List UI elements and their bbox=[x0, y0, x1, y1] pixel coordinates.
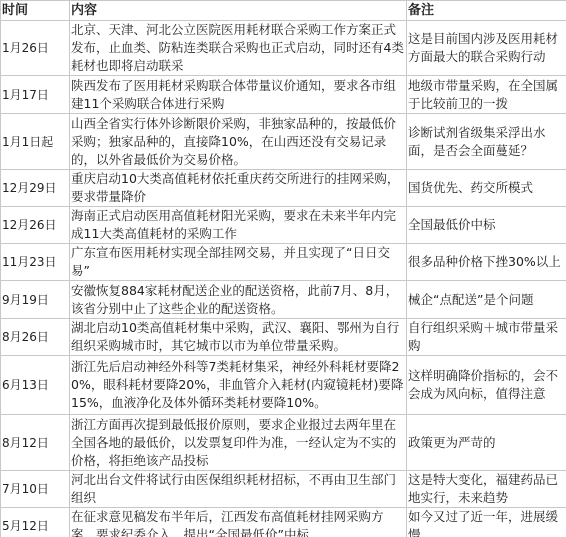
date-cell: 11月23日 bbox=[1, 244, 70, 281]
table-row: 1月17日陕西发布了医用耗材采购联合体带量议价通知，要求各市组建11个采购联合体… bbox=[1, 76, 566, 114]
table-row: 8月26日湖北启动10类高值耗材集中采购，武汉、襄阳、鄂州为自行组织采购城市时，… bbox=[1, 319, 566, 356]
header-content: 内容 bbox=[70, 1, 407, 21]
date-cell: 7月10日 bbox=[1, 471, 70, 508]
content-cell: 重庆启动10大类高值耗材依托重庆药交所进行的挂网采购，要求带量降价 bbox=[70, 170, 407, 207]
note-cell: 全国最低价中标 bbox=[407, 207, 566, 244]
header-note: 备注 bbox=[407, 1, 566, 21]
table-row: 12月26日海南正式启动医用高值耗材阳光采购，要求在未来半年内完成11大类高值耗… bbox=[1, 207, 566, 244]
note-cell: 政策更为严苛的 bbox=[407, 415, 566, 471]
content-cell: 浙江先后启动神经外科等7类耗材集采，神经外科耗材要降20%，眼科耗材要降20%，… bbox=[70, 356, 407, 415]
table-row: 6月13日浙江先后启动神经外科等7类耗材集采，神经外科耗材要降20%，眼科耗材要… bbox=[1, 356, 566, 415]
date-cell: 12月29日 bbox=[1, 170, 70, 207]
note-cell: 这样明确降价指标的，会不会成为风向标，值得注意 bbox=[407, 356, 566, 415]
table-row: 1月1日起山西全省实行体外诊断限价采购，非独家品种的，按最低价采购；独家品种的，… bbox=[1, 114, 566, 170]
content-cell: 北京、天津、河北公立医院医用耗材联合采购工作方案正式发布，止血类、防粘连类联合采… bbox=[70, 21, 407, 76]
date-cell: 8月26日 bbox=[1, 319, 70, 356]
content-cell: 海南正式启动医用高值耗材阳光采购，要求在未来半年内完成11大类高值耗材的采购工作 bbox=[70, 207, 407, 244]
date-cell: 6月13日 bbox=[1, 356, 70, 415]
note-cell: 地级市带量采购，在全国属于比较前卫的一拨 bbox=[407, 76, 566, 114]
date-cell: 1月1日起 bbox=[1, 114, 70, 170]
note-cell: 这是目前国内涉及医用耗材方面最大的联合采购行动 bbox=[407, 21, 566, 76]
content-cell: 陕西发布了医用耗材采购联合体带量议价通知，要求各市组建11个采购联合体进行采购 bbox=[70, 76, 407, 114]
policy-timeline-table: 时间 内容 备注 1月26日北京、天津、河北公立医院医用耗材联合采购工作方案正式… bbox=[0, 0, 566, 537]
header-time: 时间 bbox=[1, 1, 70, 21]
content-cell: 浙江方面再次提到最低报价原则，要求企业报过去两年里在全国各地的最低价，以发票复印… bbox=[70, 415, 407, 471]
note-cell: 国货优先、药交所模式 bbox=[407, 170, 566, 207]
table-row: 1月26日北京、天津、河北公立医院医用耗材联合采购工作方案正式发布，止血类、防粘… bbox=[1, 21, 566, 76]
content-cell: 在征求意见稿发布半年后，江西发布高值耗材挂网采购方案，要求纪委介入，提出“全国最… bbox=[70, 508, 407, 537]
table-row: 7月10日河北出台文件将试行由医保组织耗材招标，不再由卫生部门组织这是特大变化，… bbox=[1, 471, 566, 508]
date-cell: 1月17日 bbox=[1, 76, 70, 114]
note-cell: 很多品种价格下挫30%以上 bbox=[407, 244, 566, 281]
date-cell: 5月12日 bbox=[1, 508, 70, 537]
note-cell: 自行组织采购＋城市带量采购 bbox=[407, 319, 566, 356]
header-row: 时间 内容 备注 bbox=[1, 1, 566, 21]
note-cell: 如今又过了近一年，进展缓慢 bbox=[407, 508, 566, 537]
table-row: 8月12日浙江方面再次提到最低报价原则，要求企业报过去两年里在全国各地的最低价，… bbox=[1, 415, 566, 471]
content-cell: 河北出台文件将试行由医保组织耗材招标，不再由卫生部门组织 bbox=[70, 471, 407, 508]
content-cell: 湖北启动10类高值耗材集中采购，武汉、襄阳、鄂州为自行组织采购城市时，其它城市以… bbox=[70, 319, 407, 356]
table-row: 12月29日重庆启动10大类高值耗材依托重庆药交所进行的挂网采购，要求带量降价国… bbox=[1, 170, 566, 207]
content-cell: 山西全省实行体外诊断限价采购，非独家品种的，按最低价采购；独家品种的，直接降10… bbox=[70, 114, 407, 170]
note-cell: 这是特大变化，福建药品已地实行，未来趋势 bbox=[407, 471, 566, 508]
table-row: 9月19日安徽恢复884家耗材配送企业的配送资格，此前7月、8月，该省分别中止了… bbox=[1, 281, 566, 319]
note-cell: 械企“点配送”是个问题 bbox=[407, 281, 566, 319]
content-cell: 安徽恢复884家耗材配送企业的配送资格，此前7月、8月，该省分别中止了这些企业的… bbox=[70, 281, 407, 319]
date-cell: 9月19日 bbox=[1, 281, 70, 319]
date-cell: 8月12日 bbox=[1, 415, 70, 471]
date-cell: 1月26日 bbox=[1, 21, 70, 76]
table-row: 5月12日在征求意见稿发布半年后，江西发布高值耗材挂网采购方案，要求纪委介入，提… bbox=[1, 508, 566, 537]
note-cell: 诊断试剂省级集采浮出水面，是否会全面蔓延？ bbox=[407, 114, 566, 170]
table-row: 11月23日广东宣布医用耗材实现全部挂网交易，并且实现了“日日交易”很多品种价格… bbox=[1, 244, 566, 281]
date-cell: 12月26日 bbox=[1, 207, 70, 244]
content-cell: 广东宣布医用耗材实现全部挂网交易，并且实现了“日日交易” bbox=[70, 244, 407, 281]
